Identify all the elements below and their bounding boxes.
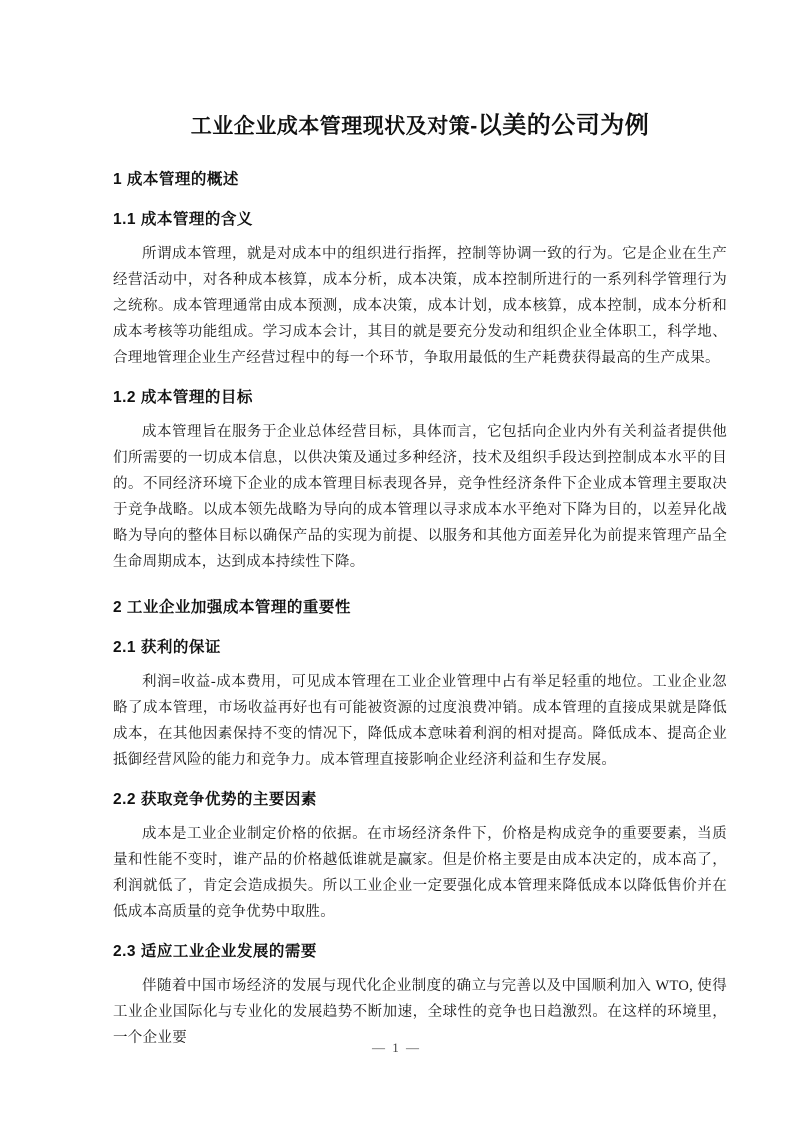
body-paragraph: 成本是工业企业制定价格的依据。在市场经济条件下，价格是构成竞争的重要要素，当质量… xyxy=(113,821,727,925)
body-paragraph: 利润=收益-成本费用，可见成本管理在工业企业管理中占有举足轻重的地位。工业企业忽… xyxy=(113,669,727,773)
section-heading-2: 2 工业企业加强成本管理的重要性 xyxy=(113,595,727,621)
subsection-heading-2-3: 2.3 适应工业企业发展的需要 xyxy=(113,939,727,965)
body-paragraph: 所谓成本管理，就是对成本中的组织进行指挥，控制等协调一致的行为。它是企业在生产经… xyxy=(113,241,727,371)
subsection-heading-2-2: 2.2 获取竞争优势的主要因素 xyxy=(113,787,727,813)
subsection-heading-2-1: 2.1 获利的保证 xyxy=(113,635,727,661)
document-page: 工业企业成本管理现状及对策-以美的公司为例 1 成本管理的概述 1.1 成本管理… xyxy=(0,0,793,1122)
subsection-heading-1-2: 1.2 成本管理的目标 xyxy=(113,385,727,411)
body-paragraph: 成本管理旨在服务于企业总体经营目标，具体而言，它包括向企业内外有关利益者提供他们… xyxy=(113,419,727,575)
subsection-heading-1-1: 1.1 成本管理的含义 xyxy=(113,207,727,233)
document-title: 工业企业成本管理现状及对策-以美的公司为例 xyxy=(113,108,727,147)
section-heading-1: 1 成本管理的概述 xyxy=(113,167,727,193)
document-title-part1: 工业企业成本管理现状及对策- xyxy=(191,115,478,138)
document-title-part2: 以美的公司为例 xyxy=(478,112,650,139)
page-number: — 1 — xyxy=(0,1040,793,1056)
